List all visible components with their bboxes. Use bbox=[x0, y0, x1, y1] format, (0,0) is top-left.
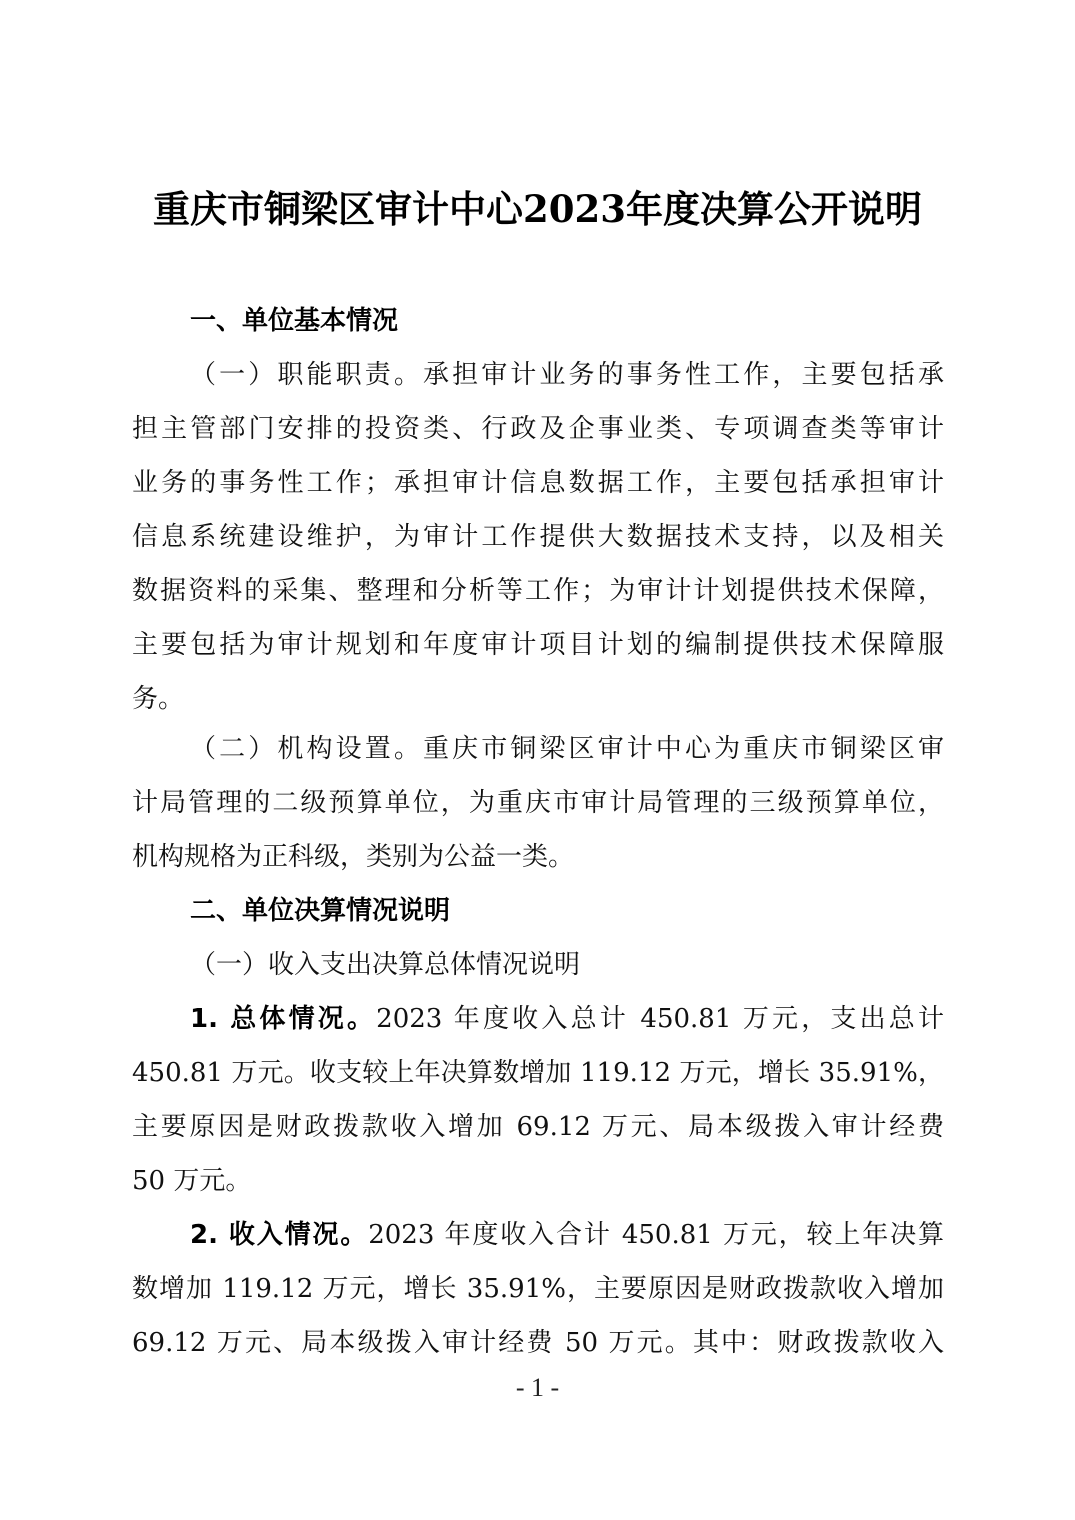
paragraph-line: 计局管理的二级预算单位，为重庆市审计局管理的三级预算单位， bbox=[132, 776, 944, 830]
paragraph-line: 1. 总体情况。2023 年度收入总计 450.81 万元，支出总计 bbox=[190, 992, 944, 1046]
section-heading-final-accounts: 二、单位决算情况说明 bbox=[190, 884, 450, 938]
paragraph-line: 务。 bbox=[132, 672, 944, 726]
paragraph-line: 2. 收入情况。2023 年度收入合计 450.81 万元，较上年决算 bbox=[190, 1208, 944, 1262]
document-page: 重庆市铜梁区审计中心2023年度决算公开说明 一、单位基本情况 （一）职能职责。… bbox=[0, 0, 1075, 1520]
paragraph-line: 主要包括为审计规划和年度审计项目计划的编制提供技术保障服 bbox=[132, 618, 944, 672]
paragraph-line: 数据资料的采集、整理和分析等工作；为审计计划提供技术保障， bbox=[132, 564, 944, 618]
paragraph-line: 机构规格为正科级，类别为公益一类。 bbox=[132, 830, 944, 884]
item-lead: 2. 收入情况。 bbox=[190, 1220, 368, 1250]
paragraph-line: 数增加 119.12 万元，增长 35.91%，主要原因是财政拨款收入增加 bbox=[132, 1262, 944, 1316]
paragraph-lead: （二）机构设置。 bbox=[190, 734, 423, 764]
paragraph-line: 业务的事务性工作；承担审计信息数据工作，主要包括承担审计 bbox=[132, 456, 944, 510]
paragraph-line: 担主管部门安排的投资类、行政及企事业类、专项调查类等审计 bbox=[132, 402, 944, 456]
paragraph-line: 69.12 万元、局本级拨入审计经费 50 万元。其中：财政拨款收入 bbox=[132, 1316, 944, 1370]
page-number: - 1 - bbox=[0, 1368, 1075, 1408]
paragraph-line: 主要原因是财政拨款收入增加 69.12 万元、局本级拨入审计经费 bbox=[132, 1100, 944, 1154]
paragraph-line: （一）职能职责。承担审计业务的事务性工作，主要包括承 bbox=[190, 348, 944, 402]
paragraph-line: 50 万元。 bbox=[132, 1154, 944, 1208]
document-title: 重庆市铜梁区审计中心2023年度决算公开说明 bbox=[0, 183, 1075, 235]
subsection-heading: （一）收入支出决算总体情况说明 bbox=[190, 938, 580, 992]
item-lead: 1. 总体情况。 bbox=[190, 1004, 376, 1034]
paragraph-line: （二）机构设置。重庆市铜梁区审计中心为重庆市铜梁区审 bbox=[190, 722, 944, 776]
section-heading-basic-info: 一、单位基本情况 bbox=[190, 294, 398, 348]
paragraph-line: 信息系统建设维护，为审计工作提供大数据技术支持，以及相关 bbox=[132, 510, 944, 564]
paragraph-line: 450.81 万元。收支较上年决算数增加 119.12 万元，增长 35.91%… bbox=[132, 1046, 944, 1100]
paragraph-lead: （一）职能职责。 bbox=[190, 360, 423, 390]
